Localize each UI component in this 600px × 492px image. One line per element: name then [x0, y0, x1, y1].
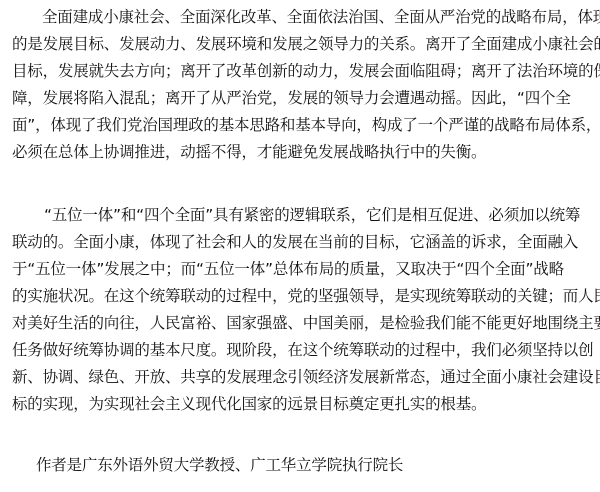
text-line: 障，发展将陷入混乱；离开了从严治党，发展的领导力会遭遇动摇。因此，“四个全 — [12, 88, 571, 108]
text-line: 标的实现，为实现社会主义现代化国家的远景目标奠定更扎实的根基。 — [12, 394, 486, 414]
text-line: 必须在总体上协调推进，动摇不得，才能避免发展战略执行中的失衡。 — [12, 142, 486, 162]
text-line: 面”，体现了我们党治国理政的基本思路和基本导向，构成了一个严谨的战略布局体系， — [12, 115, 600, 135]
author-note: 作者是广东外语外贸大学教授、广工华立学院执行院长 — [36, 455, 403, 475]
text-line: 任务做好统筹协调的基本尺度。现阶段，在这个统筹联动的过程中，我们必须坚持以创 — [12, 340, 593, 360]
text-line: “五位一体”和“四个全面”具有紧密的逻辑联系，它们是相互促进、必须加以统筹 — [44, 205, 580, 225]
text-line: 对美好生活的向往，人民富裕、国家强盛、中国美丽，是检验我们能不能更好地围绕主要 — [12, 313, 600, 333]
text-line: 的是发展目标、发展动力、发展环境和发展之领导力的关系。离开了全面建成小康社会的 — [12, 34, 600, 54]
text-line: 于“五位一体”发展之中；而“五位一体”总体布局的质量，又取决于“四个全面”战略 — [12, 259, 564, 279]
text-line: 联动的。全面小康，体现了社会和人的发展在当前的目标，它涵盖的诉求，全面融入 — [12, 232, 578, 252]
text-line: 全面建成小康社会、全面深化改革、全面依法治国、全面从严治党的战略布局，体现 — [42, 7, 600, 27]
text-line: 新、协调、绿色、开放、共享的发展理念引领经济发展新常态，通过全面小康社会建设目 — [12, 367, 600, 387]
text-line: 目标，发展就失去方向；离开了改革创新的动力，发展会面临阻碍；离开了法治环境的保 — [12, 61, 600, 81]
text-line: 的实施状况。在这个统筹联动的过程中，党的坚强领导，是实现统筹联动的关键；而人民 — [12, 286, 600, 306]
